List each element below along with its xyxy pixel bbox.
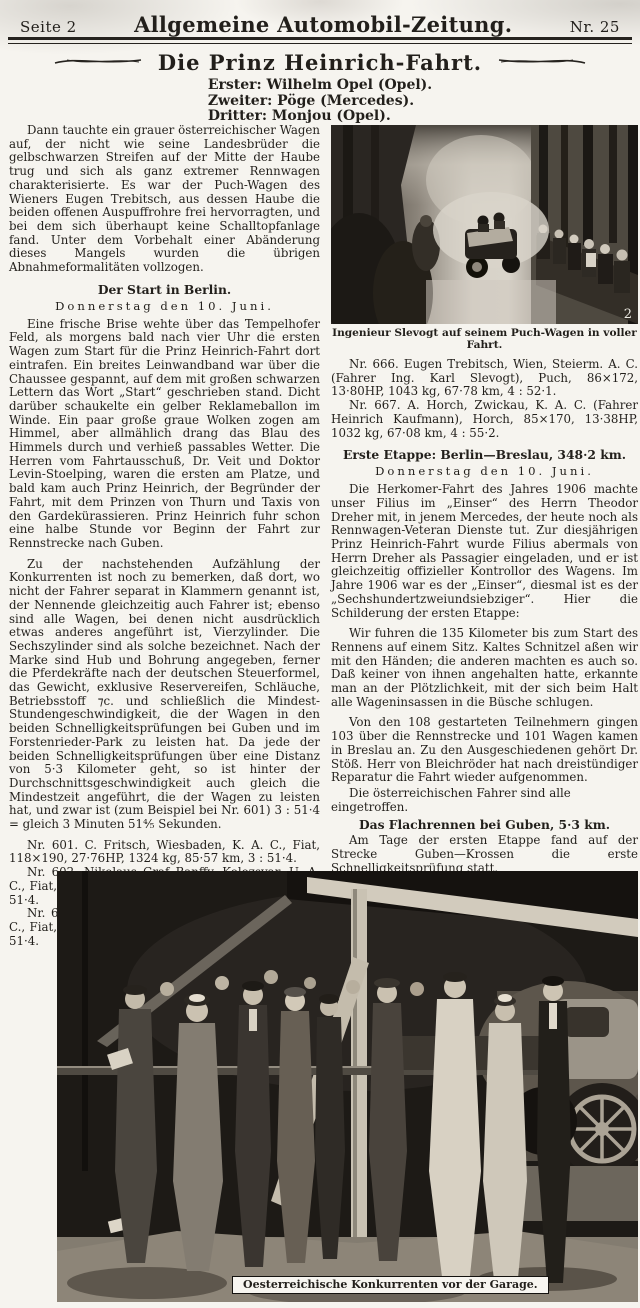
paragraph-guben-krossen: Am Tage der ersten Etappe fand auf der S…: [331, 834, 638, 875]
result-first: Erster: Wilhelm Opel (Opel).: [208, 78, 432, 94]
photo-slevogt-caption: Ingenieur Slevogt auf seinem Puch-Wagen …: [331, 327, 638, 351]
heading-erste-etappe: Erste Etappe: Berlin—Breslau, 348·2 km.: [331, 447, 638, 462]
entry-nr-667: Nr. 667. A. Horch, Zwickau, K. A. C. (Fa…: [331, 399, 638, 440]
masthead-rule: [8, 37, 632, 44]
article-title: Die Prinz Heinrich-Fahrt.: [158, 50, 482, 75]
result-second: Zweiter: Pöge (Mercedes).: [208, 94, 432, 110]
masthead-issue-number: Nr. 25: [570, 18, 620, 36]
title-flourish-left-icon: [53, 53, 143, 72]
photo-number: 2: [624, 307, 632, 322]
paragraph-tempelhofer-feld: Eine frische Brise wehte über das Tempel…: [9, 318, 320, 551]
title-flourish-right-icon: [497, 53, 587, 72]
article-title-row: Die Prinz Heinrich-Fahrt.: [0, 50, 640, 75]
masthead-page-number: Seite 2: [20, 18, 77, 36]
paragraph-oesterreicher: Die österreichischen Fahrer sind alle ei…: [331, 787, 638, 814]
photo-garage: Oesterreichische Konkurrenten vor der Ga…: [57, 871, 638, 1302]
column-left: Dann tauchte ein grauer österreichischer…: [9, 124, 320, 948]
paragraph-herkomer: Die Herkomer-Fahrt des Jahres 1906 macht…: [331, 483, 638, 620]
results-block: Erster: Wilhelm Opel (Opel). Zweiter: Pö…: [0, 78, 640, 125]
photo-garage-caption: Oesterreichische Konkurrenten vor der Ga…: [232, 1276, 549, 1294]
heading-start-berlin: Der Start in Berlin.: [9, 282, 320, 297]
paragraph-teilnehmer: Von den 108 gestarteten Teilnehmern ging…: [331, 716, 638, 785]
heading-flachrennen: Das Flachrennen bei Guben, 5·3 km.: [331, 817, 638, 832]
masthead-title: Allgemeine Automobil-Zeitung.: [134, 12, 512, 37]
column-right: 2 Ingenieur Slevogt auf seinem Puch-Wage…: [331, 124, 638, 937]
paragraph-puch-wagen: Dann tauchte ein grauer österreichischer…: [9, 124, 320, 275]
entry-nr-666: Nr. 666. Eugen Trebitsch, Wien, Steierm.…: [331, 358, 638, 399]
photo-garage-image: [57, 871, 638, 1302]
paragraph-schnitzel: Wir fuhren die 135 Kilometer bis zum Sta…: [331, 627, 638, 709]
newspaper-page: Seite 2 Allgemeine Automobil-Zeitung. Nr…: [0, 0, 640, 1308]
dateline-right: Donnerstag den 10. Juni.: [331, 464, 638, 478]
photo-slevogt-puch-image: [331, 125, 638, 324]
photo-slevogt-puch: 2: [331, 125, 638, 324]
masthead: Seite 2 Allgemeine Automobil-Zeitung. Nr…: [0, 12, 640, 37]
dateline-left: Donnerstag den 10. Juni.: [9, 299, 320, 313]
entry-nr-601: Nr. 601. C. Fritsch, Wiesbaden, K. A. C.…: [9, 839, 320, 866]
paragraph-konkurrenten-erlaeuterung: Zu der nachstehenden Aufzählung der Konk…: [9, 558, 320, 832]
